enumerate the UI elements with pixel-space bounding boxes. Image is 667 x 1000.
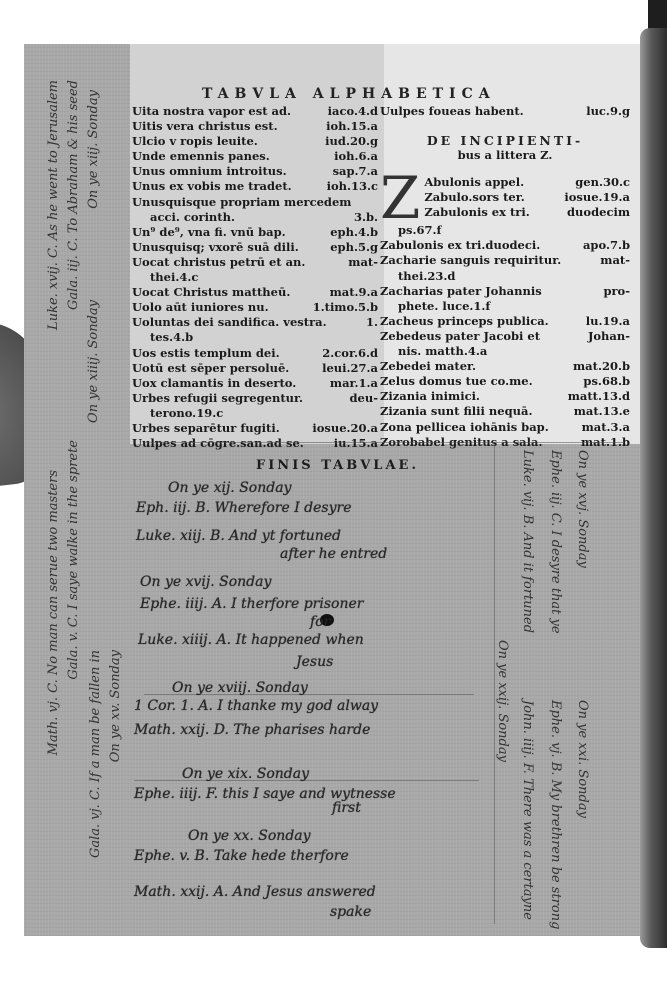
- index-entry: ps.67.f: [380, 223, 630, 238]
- index-entry: Uotū est sēper persoluē.leui.27.a: [132, 361, 378, 376]
- index-entry: Zizania inimici.matt.13.d: [380, 389, 630, 404]
- handwritten-note: Luke. xiij. B. And yt fortuned: [136, 528, 341, 544]
- colophon: FINIS TABVLAE.: [256, 458, 419, 473]
- index-entry: Abulonis appel.gen.30.c: [424, 175, 630, 190]
- handwritten-note: Luke. xiiij. A. It happened when: [138, 632, 364, 648]
- index-entry: Uulpes foueas habent. luc.9.g: [380, 104, 630, 119]
- book-spine-shadow: [648, 0, 667, 30]
- handwritten-note: spake: [330, 904, 371, 920]
- index-entry: Uolo aūt iuniores nu.1.timo.5.b: [132, 300, 378, 315]
- index-entry: acci. corinth.3.b.: [132, 210, 378, 225]
- index-entry: Uulpes ad cōgre.san.ad se.iu.15.a: [132, 436, 378, 451]
- handwritten-note: for: [310, 614, 330, 630]
- handwritten-note: Jesus: [296, 654, 333, 670]
- handwritten-note: On ye xviij. Sonday: [172, 680, 308, 696]
- index-entry: Zona pellicea iohānis bap.mat.3.a: [380, 420, 630, 435]
- book-fore-edge: [640, 28, 667, 948]
- handwritten-note: first: [332, 800, 361, 816]
- handwritten-note: On ye xiij. Sonday: [86, 90, 101, 209]
- handwritten-note: Ephe. iiij. A. I therfore prisoner: [140, 596, 363, 612]
- index-entry: terono.19.c: [132, 406, 378, 421]
- section-heading: DE INCIPIENTI-: [380, 133, 630, 148]
- index-entry: Unde emennis panes.ioh.6.a: [132, 149, 378, 164]
- handwritten-note: On ye xiiij. Sonday: [86, 300, 101, 423]
- handwritten-note: Ephe. v. B. Take hede therfore: [134, 848, 349, 864]
- handwritten-note: Luke. xvij. C. As he went to Jerusalem: [46, 80, 61, 330]
- handwritten-note: On ye xvij. Sonday: [140, 574, 271, 590]
- index-entry: Zacharie sanguis requiritur.mat-: [380, 253, 630, 268]
- index-entry: Zabulonis ex tri.duodecim: [424, 205, 630, 220]
- index-entry: Zelus domus tue co.me.ps.68.b: [380, 374, 630, 389]
- handwritten-note: On ye xvj. Sonday: [575, 450, 590, 568]
- initial-entries: Abulonis appel.gen.30.cZabulo.sors ter.i…: [424, 175, 630, 220]
- index-entry: Un⁹ de⁹, vna fi. vnū bap.eph.4.b: [132, 225, 378, 240]
- handwritten-note: Gala. iij. C. To Abraham & his seed: [66, 80, 81, 310]
- index-entry: nis. matth.4.a: [380, 344, 630, 359]
- index-entry: Urbes refugii segregentur.deu-: [132, 391, 378, 406]
- handwritten-note: 1 Cor. 1. A. I thanke my god alway: [134, 698, 378, 714]
- index-entry: Ulcio v ropis leuite.iud.20.g: [132, 134, 378, 149]
- index-entry: Uita nostra vapor est ad.iaco.4.d: [132, 104, 378, 119]
- handwritten-note: On ye xxij. Sonday: [495, 640, 510, 762]
- index-column-right: Uulpes foueas habent. luc.9.g DE INCIPIE…: [380, 104, 630, 450]
- index-entry: tes.4.b: [132, 330, 378, 345]
- index-entry: Zizania sunt filii nequā.mat.13.e: [380, 404, 630, 419]
- index-entry: Uox clamantis in deserto.mar.1.a: [132, 376, 378, 391]
- handwritten-note: John. iiij. F. There was a certayne: [520, 700, 535, 920]
- index-entries-z: ps.67.fZabulonis ex tri.duodeci.apo.7.bZ…: [380, 223, 630, 449]
- handwritten-note: after he entred: [280, 546, 387, 562]
- handwritten-note: On ye xx. Sonday: [188, 828, 311, 844]
- index-entry: Uitis vera christus est.ioh.15.a: [132, 119, 378, 134]
- section-subheading: bus a littera Z.: [380, 148, 630, 163]
- handwritten-note: Gala. vj. C. If a man be fallen in: [88, 650, 103, 858]
- index-entry: Zacharias pater Johannispro-: [380, 284, 630, 299]
- index-entry: Zebedei mater.mat.20.b: [380, 359, 630, 374]
- index-entry: Zacheus princeps publica.lu.19.a: [380, 314, 630, 329]
- index-entry: Unusquisque propriam mercedem: [132, 195, 378, 210]
- handwritten-note: Math. xxij. A. And Jesus answered: [134, 884, 376, 900]
- index-entry: thei.23.d: [380, 269, 630, 284]
- handwritten-note: Math. vj. C. No man can serue two master…: [46, 470, 61, 755]
- index-entry: Uoluntas dei sandifica. vestra.1.: [132, 315, 378, 330]
- handwritten-note: Luke. vij. B. And it fortuned: [520, 450, 535, 633]
- initial-block: Z Abulonis appel.gen.30.cZabulo.sors ter…: [380, 175, 630, 223]
- handwritten-note: On ye xv. Sonday: [108, 650, 123, 762]
- running-head: TABVLA ALPHABETICA: [202, 86, 496, 102]
- handwritten-note: Gala. v. C. I saye walke in the sprete: [66, 440, 81, 680]
- index-entry: Unus omnium introitus.sap.7.a: [132, 164, 378, 179]
- handwritten-note: Eph. iij. B. Wherefore I desyre: [136, 500, 352, 516]
- index-entry: Unusquisq; vxorē suā dili.eph.5.g: [132, 240, 378, 255]
- index-entry: Uocat Christus mattheū.mat.9.a: [132, 285, 378, 300]
- index-entry: Zebedeus pater Jacobi etJohan-: [380, 329, 630, 344]
- handwritten-note: Math. xxij. D. The pharises harde: [134, 722, 370, 738]
- divider-rule: [144, 442, 624, 443]
- index-entry: Zabulonis ex tri.duodeci.apo.7.b: [380, 238, 630, 253]
- handwritten-note: Ephe. iij. C. I desyre that ye: [548, 450, 563, 634]
- index-entry: thei.4.c: [132, 270, 378, 285]
- index-entry: Zabulo.sors ter.iosue.19.a: [424, 190, 630, 205]
- index-entry: Uos estis templum dei.2.cor.6.d: [132, 346, 378, 361]
- index-entry: Uocat christus petrū et an.mat-: [132, 255, 378, 270]
- book-page: TABVLA ALPHABETICA Uita nostra vapor est…: [24, 44, 640, 936]
- handwritten-note: Ephe. vj. B. My brethren be strong: [548, 700, 563, 929]
- handwritten-note: On ye xix. Sonday: [182, 766, 309, 782]
- handwritten-note: On ye xij. Sonday: [168, 480, 291, 496]
- index-entry: phete. luce.1.f: [380, 299, 630, 314]
- index-column-left: Uita nostra vapor est ad.iaco.4.dUitis v…: [132, 104, 378, 451]
- index-entry: Unus ex vobis me tradet.ioh.13.c: [132, 179, 378, 194]
- handwritten-note: On ye xxi. Sonday: [575, 700, 590, 818]
- drop-capital: Z: [380, 173, 420, 223]
- index-entry: Urbes separētur fugiti.iosue.20.a: [132, 421, 378, 436]
